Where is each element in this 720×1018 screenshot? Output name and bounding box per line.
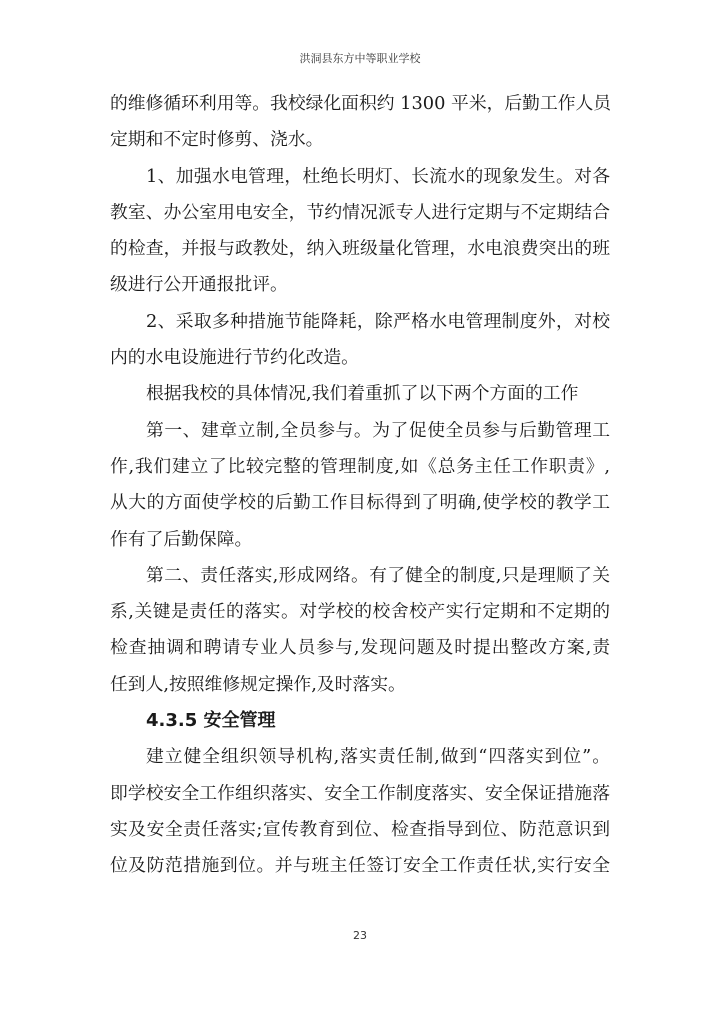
text-line: 定期和不定时修剪、浇水。 [110, 122, 610, 158]
page-number: 23 [0, 929, 720, 942]
text-line: 的检查，并报与政教处，纳入班级量化管理，水电浪费突出的班 [110, 231, 610, 267]
text-line: 第一、建章立制,全员参与。为了促使全员参与后勤管理工 [110, 413, 610, 449]
text-line: 任到人,按照维修规定操作,及时落实。 [110, 667, 610, 703]
text-line: 内的水电设施进行节约化改造。 [110, 340, 610, 376]
text-line: 2、采取多种措施节能降耗，除严格水电管理制度外，对校 [110, 304, 610, 340]
text-line: 的维修循环利用等。我校绿化面积约 1300 平米，后勤工作人员 [110, 86, 610, 122]
section-text-line: 建立健全组织领导机构,落实责任制,做到“四落实到位”。 [110, 739, 610, 775]
text-line: 1、加强水电管理，杜绝长明灯、长流水的现象发生。对各 [110, 159, 610, 195]
text-line: 从大的方面使学校的后勤工作目标得到了明确,使学校的教学工 [110, 485, 610, 521]
document-body: 的维修循环利用等。我校绿化面积约 1300 平米，后勤工作人员 定期和不定时修剪… [110, 86, 610, 885]
section-text-line: 实及安全责任落实;宣传教育到位、检查指导到位、防范意识到 [110, 812, 610, 848]
text-line: 教室、办公室用电安全，节约情况派专人进行定期与不定期结合 [110, 195, 610, 231]
text-line: 检查抽调和聘请专业人员参与,发现问题及时提出整改方案,责 [110, 630, 610, 666]
text-line: 第二、责任落实,形成网络。有了健全的制度,只是理顺了关 [110, 558, 610, 594]
text-line: 系,关键是责任的落实。对学校的校舍校产实行定期和不定期的 [110, 594, 610, 630]
section-text-line: 位及防范措施到位。并与班主任签订安全工作责任状,实行安全 [110, 848, 610, 884]
section-text-line: 即学校安全工作组织落实、安全工作制度落实、安全保证措施落 [110, 776, 610, 812]
section-heading: 4.3.5 安全管理 [110, 703, 610, 739]
page-header: 洪洞县东方中等职业学校 [0, 50, 720, 66]
text-line: 作,我们建立了比较完整的管理制度,如《总务主任工作职责》, [110, 449, 610, 485]
text-line: 根据我校的具体情况,我们着重抓了以下两个方面的工作 [110, 376, 610, 412]
text-line: 作有了后勤保障。 [110, 522, 610, 558]
text-line: 级进行公开通报批评。 [110, 267, 610, 303]
